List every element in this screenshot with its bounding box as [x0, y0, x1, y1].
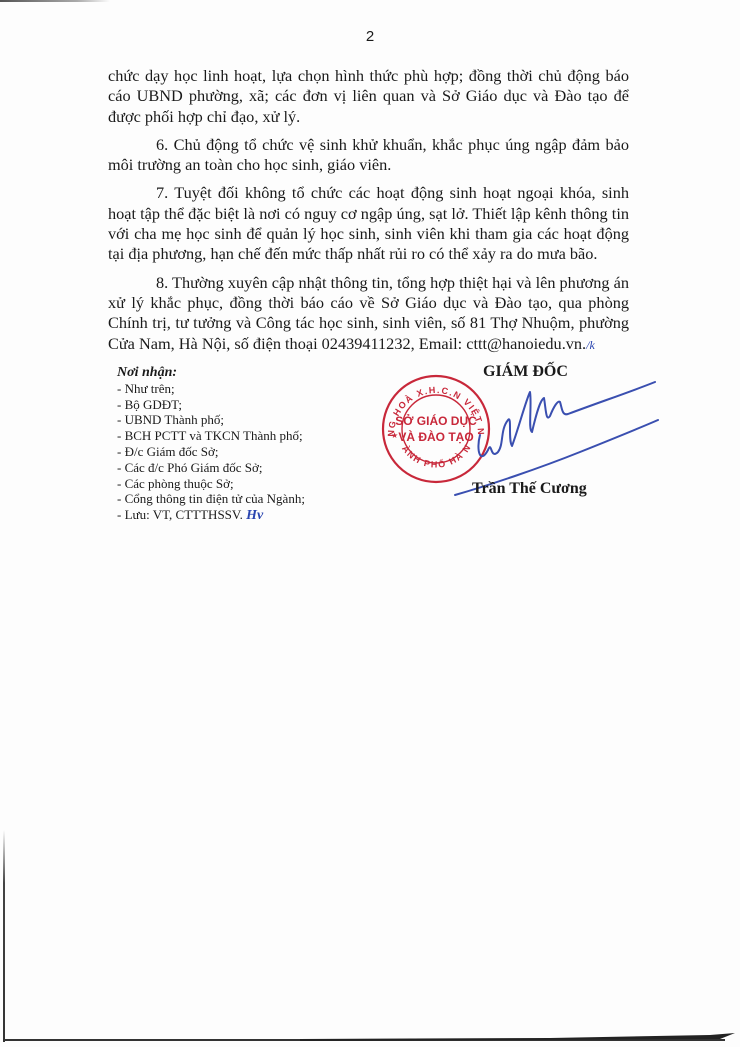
handwritten-initial: Hv — [246, 508, 263, 523]
paragraph-item-6: 6. Chủ động tổ chức vệ sinh khử khuẩn, k… — [108, 135, 629, 176]
paragraph-item-8: 8. Thường xuyên cập nhật thông tin, tổng… — [108, 273, 629, 355]
recipient-item: - Như trên; — [117, 381, 305, 397]
recipient-item-text: - Lưu: VT, CTTTHSSV. — [117, 507, 243, 522]
signature-block: GIÁM ĐỐC CỘNG HOÀ X.H.C.N VIỆT NAM THÀNH… — [380, 360, 660, 510]
signer-name: Trần Thế Cương — [472, 480, 587, 498]
recipient-item: - Các đ/c Phó Giám đốc Sở; — [117, 460, 305, 476]
paragraph-item-7: 7. Tuyệt đối không tổ chức các hoạt động… — [108, 183, 629, 264]
scan-edge-left — [3, 830, 5, 1042]
recipient-item: - Cổng thông tin điện tử của Ngành; — [117, 491, 305, 507]
recipient-item: - UBND Thành phố; — [117, 412, 305, 428]
scan-edge-top — [0, 0, 110, 2]
paragraph-continuation: chức dạy học linh hoạt, lựa chọn hình th… — [108, 66, 629, 127]
recipients-block: Nơi nhận: - Như trên; - Bộ GDĐT; - UBND … — [117, 365, 305, 524]
recipient-item: - Đ/c Giám đốc Sở; — [117, 444, 305, 460]
document-body: chức dạy học linh hoạt, lựa chọn hình th… — [108, 66, 629, 363]
recipient-item: - Bộ GDĐT; — [117, 397, 305, 413]
recipient-item: - Lưu: VT, CTTTHSSV. Hv — [117, 507, 305, 524]
handwritten-initial: /k — [586, 338, 595, 352]
scan-edge-wedge — [300, 1033, 740, 1041]
recipients-title: Nơi nhận: — [117, 365, 305, 381]
paragraph-item-8-text: 8. Thường xuyên cập nhật thông tin, tổng… — [108, 273, 629, 353]
recipient-item: - BCH PCTT và TKCN Thành phố; — [117, 428, 305, 444]
page-number: 2 — [0, 28, 740, 45]
recipient-item: - Các phòng thuộc Sở; — [117, 476, 305, 492]
